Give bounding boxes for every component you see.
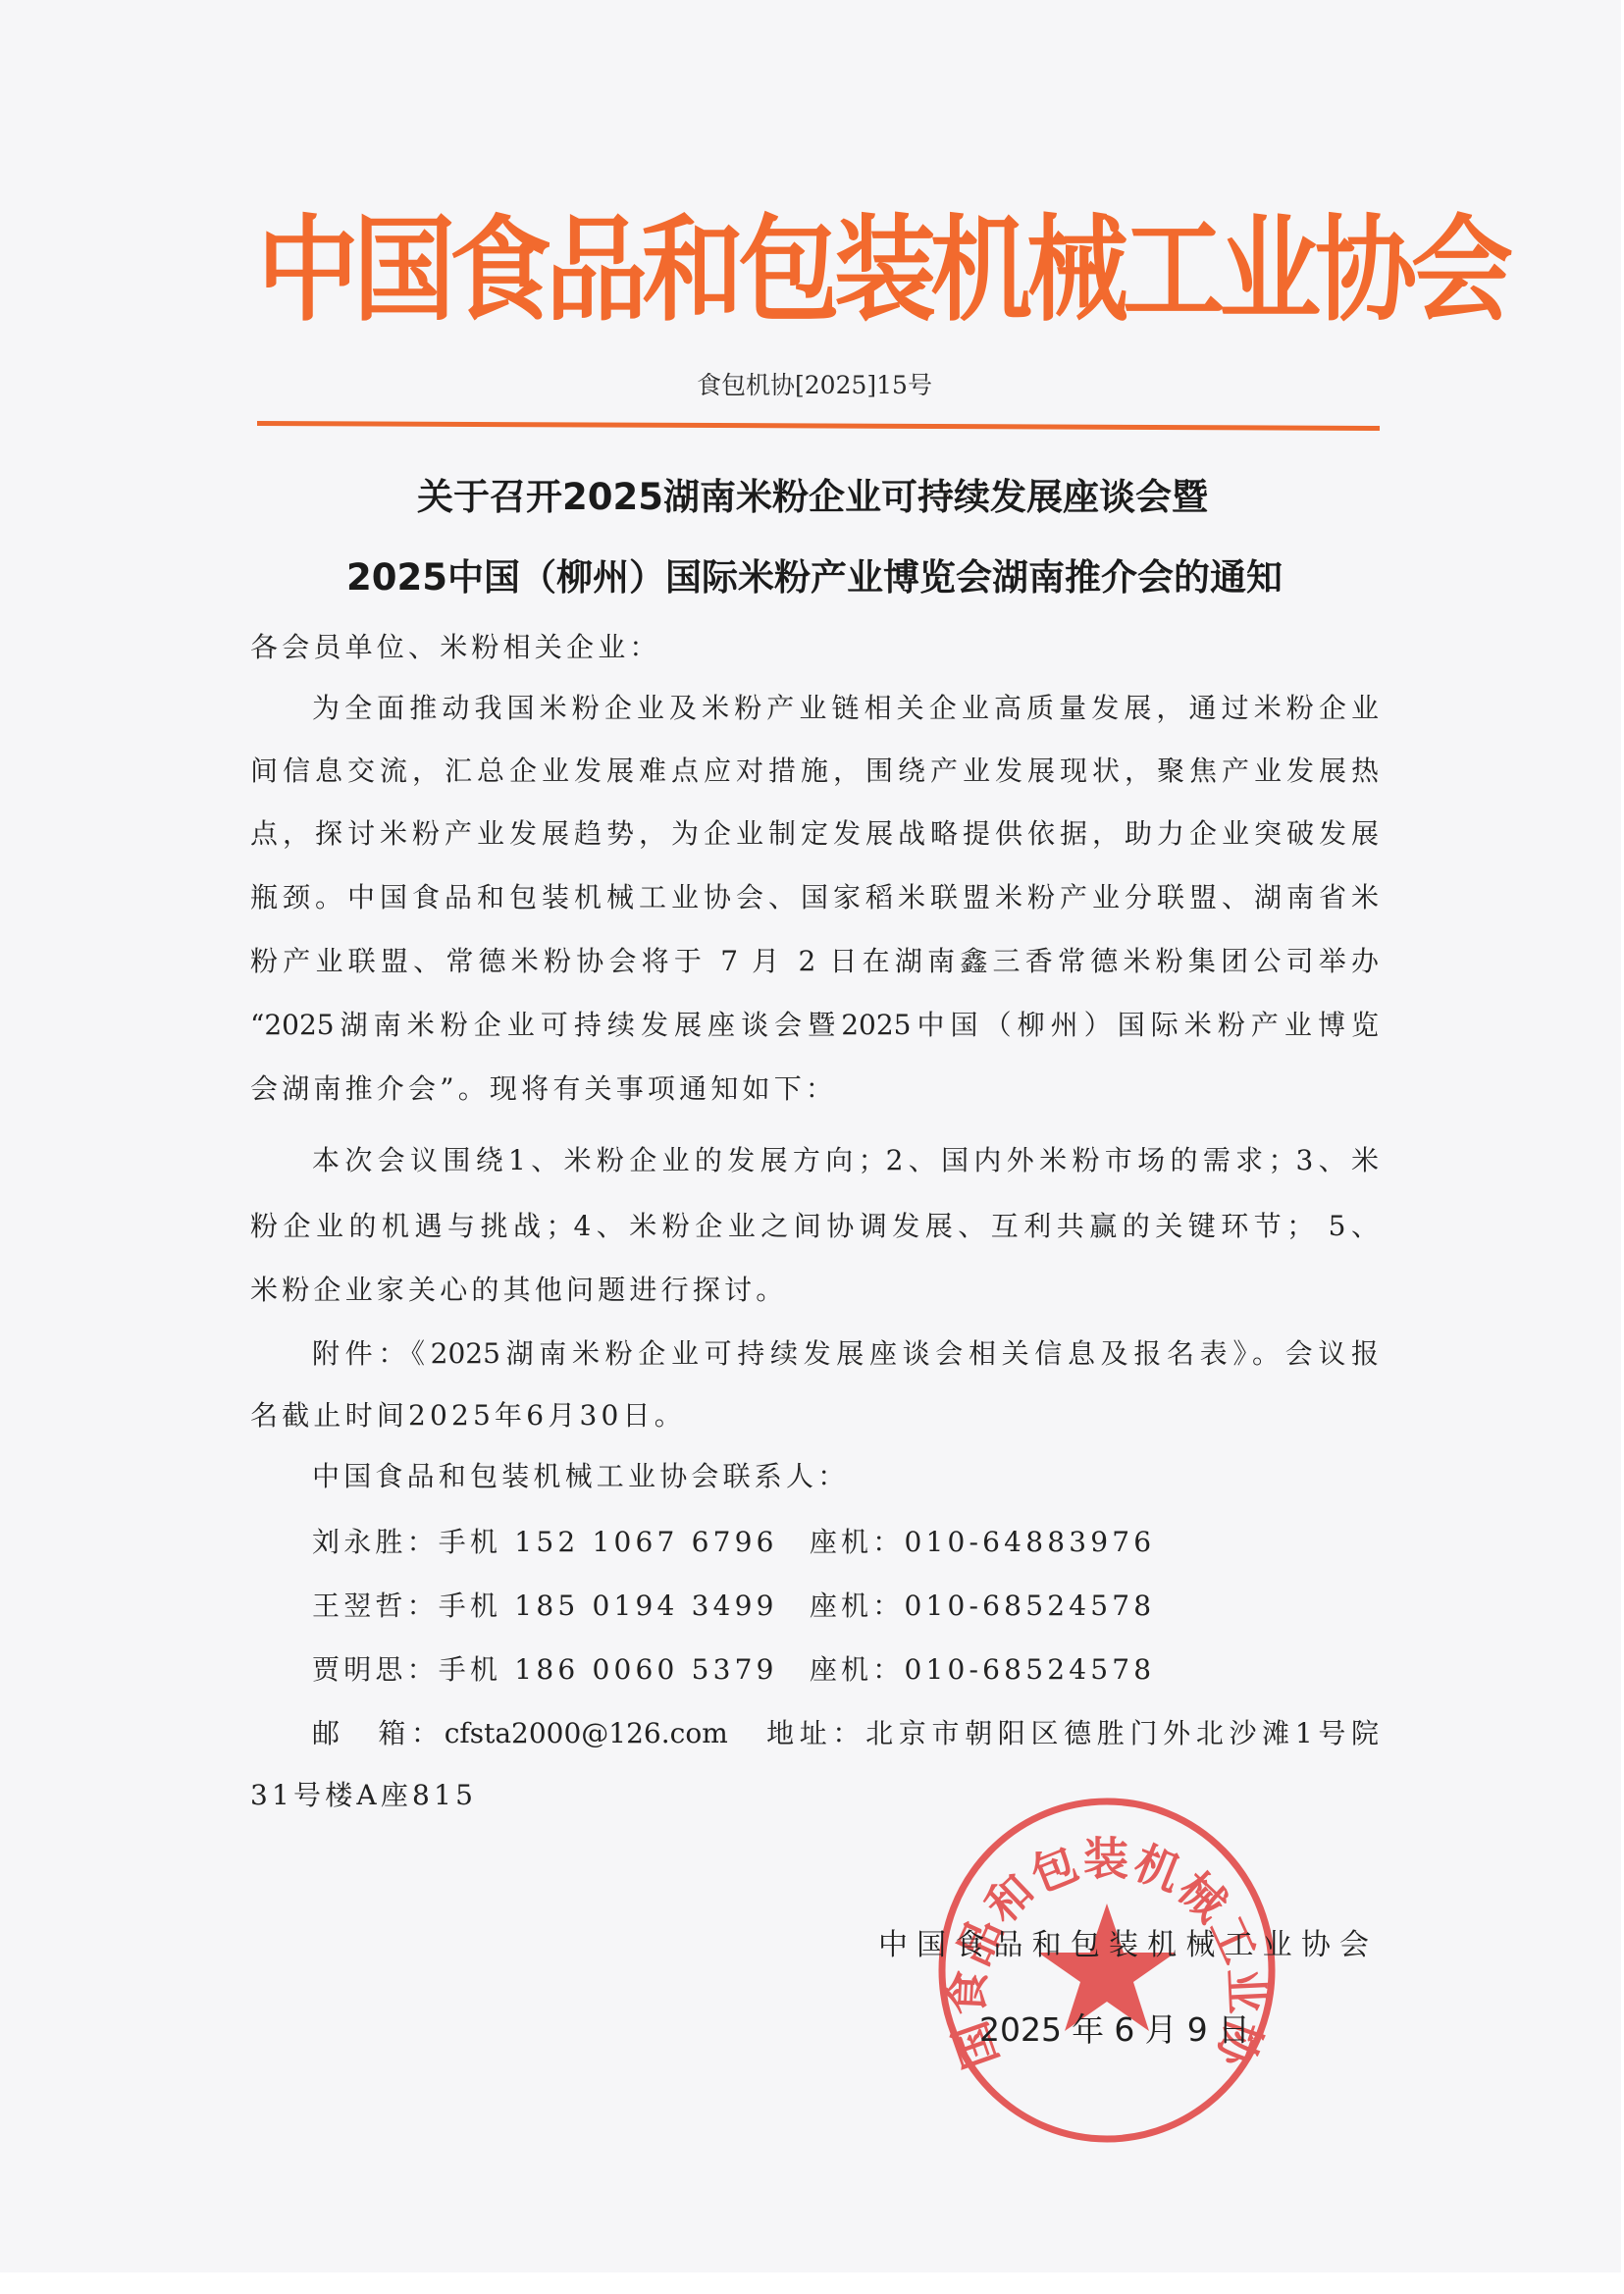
paragraph-line: 附件：《2025湖南米粉企业可持续发展座谈会相关信息及报名表》。会议报 — [312, 1334, 1379, 1374]
paragraph-line: 点，探讨米粉产业发展趋势，为企业制定发展战略提供依据，助力企业突破发展 — [250, 814, 1379, 854]
signature-date: 2025年6月9日 — [979, 2007, 1250, 2053]
paragraph-line: 间信息交流，汇总企业发展难点应对措施，围绕产业发展现状，聚焦产业发展热 — [250, 752, 1379, 791]
contact-row: 贾明思：手机 186 0060 5379 座机：010-68524578 — [312, 1650, 1379, 1690]
contact-email-address: 邮 箱：cfsta2000@126.com 地址：北京市朝阳区德胜门外北沙滩1号… — [312, 1714, 1379, 1753]
paragraph-line: 粉产业联盟、常德米粉协会将于 7 月 2 日在湖南鑫三香常德米粉集团公司举办 — [250, 942, 1379, 981]
paragraph-line: 会湖南推介会”。现将有关事项通知如下： — [250, 1069, 1379, 1109]
contact-row: 刘永胜：手机 152 1067 6796 座机：010-64883976 — [312, 1523, 1379, 1562]
paragraph-line: 瓶颈。中国食品和包装机械工业协会、国家稻米联盟米粉产业分联盟、湖南省米 — [250, 878, 1379, 917]
notice-heading-line-1: 关于召开2025湖南米粉企业可持续发展座谈会暨 — [224, 473, 1401, 522]
paragraph-line: 米粉企业家关心的其他问题进行探讨。 — [250, 1271, 1379, 1310]
paragraph-line: “2025湖南米粉企业可持续发展座谈会暨2025中国（柳州）国际米粉产业博览 — [250, 1006, 1379, 1045]
document-number: 食包机协[2025]15号 — [589, 368, 1040, 403]
contact-row: 王翌哲：手机 185 0194 3499 座机：010-68524578 — [312, 1587, 1379, 1626]
paragraph-line: 本次会议围绕1、米粉企业的发展方向；2、国内外米粉市场的需求；3、米 — [312, 1141, 1379, 1180]
signature-organization: 中国食品和包装机械工业协会 — [878, 1925, 1369, 1966]
paragraph-line: 为全面推动我国米粉企业及米粉产业链相关企业高质量发展，通过米粉企业 — [312, 689, 1379, 728]
paragraph-line: 名截止时间2025年6月30日。 — [250, 1396, 1379, 1435]
salutation: 各会员单位、米粉相关企业： — [250, 628, 1379, 667]
scan-bottom-margin — [0, 2272, 1624, 2294]
letterhead-title: 中国食品和包装机械工业协会 — [257, 193, 1407, 347]
notice-heading-line-2: 2025中国（柳州）国际米粉产业博览会湖南推介会的通知 — [226, 553, 1403, 602]
official-seal: 中国食品和包装机械工业协会 — [934, 1796, 1280, 2145]
contacts-header: 中国食品和包装机械工业协会联系人： — [312, 1457, 1379, 1496]
paragraph-line: 粉企业的机遇与挑战；4、米粉企业之间协调发展、互利共赢的关键环节； 5、 — [250, 1207, 1379, 1246]
